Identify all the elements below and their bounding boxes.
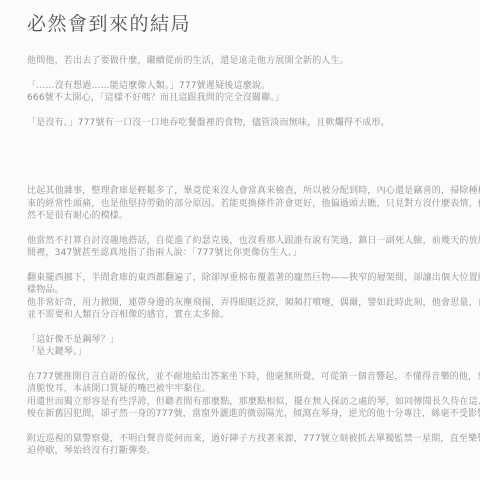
paragraph: 「是沒有。」777號有一口沒一口地吞吃餐盤裡的食物，儘管淡而無味，且軟爛得不成形… bbox=[27, 117, 480, 130]
paragraph-line: 他問他，若出去了要做什麼，繼續從前的生活，還是遠走他方展開全新的人生。 bbox=[27, 56, 349, 66]
paragraph-line: 他非常好奇，用力掀開，連帶身邊的灰塵飛揚，弄得眼眶泛淚，頻頻打噴嚏，偶爾，譬如此… bbox=[27, 298, 480, 321]
paragraph-line: 附近巡視的獄警察覺，不明白聲音從何而來，過好陣子方找著來源，777號立刻被抓去單… bbox=[27, 434, 480, 457]
paragraph-line: 比起其他雜事，整理倉庫是輕鬆多了，畢竟從來沒人會當真來檢查，所以被分配到時，內心… bbox=[27, 186, 480, 221]
paragraph-line: 「是大鍵琴。」 bbox=[27, 347, 87, 357]
paragraph-line: 666號不太開心，「這樣不好嗎？而且這跟我問的完全沒關聯。」 bbox=[27, 93, 284, 103]
paragraph: 比起其他雜事，整理倉庫是輕鬆多了，畢竟從來沒人會當真來檢查，所以被分配到時，內心… bbox=[27, 185, 480, 223]
paragraph: 「這好像不是鋼琴？」「是大鍵琴。」 bbox=[27, 334, 480, 359]
document-page: 必然會到來的結局 他問他，若出去了要做什麼，繼續從前的生活，還是遠走他方展開全新… bbox=[0, 0, 480, 458]
paragraph-line: 用遺世而獨立形容是有些浮誇，但聽者間有那麼點，那麼點相似，擺在無人探訪之處的琴，… bbox=[27, 397, 480, 420]
paragraph-line: 「這好像不是鋼琴？」 bbox=[27, 335, 119, 345]
page-title: 必然會到來的結局 bbox=[27, 13, 480, 35]
paragraph-line: 「是沒有。」777號有一口沒一口地吞吃餐盤裡的食物，儘管淡而無味，且軟爛得不成形… bbox=[27, 118, 390, 128]
paragraph: 附近巡視的獄警察覺，不明白聲音從何而來，過好陣子方找著來源，777號立刻被抓去單… bbox=[27, 433, 480, 458]
paragraph-line: 在777號推開自言自語的傢伙，並不耐地給出答案坐下時，他毫無所覺，可從第一個音響… bbox=[27, 372, 480, 395]
paragraph: 在777號推開自言自語的傢伙，並不耐地給出答案坐下時，他毫無所覺，可從第一個音響… bbox=[27, 371, 480, 421]
paragraph: 翻東擺西挪下，半間倉庫的東西都翻遍了，除卻厚重棉布覆蓋著的龐然巨物——狹窄的層架… bbox=[27, 272, 480, 322]
paragraph-line: 「……沒有想過……能這麼像人類。」777號遲疑後這麼說。 bbox=[27, 81, 270, 91]
body-text: 他問他，若出去了要做什麼，繼續從前的生活，還是遠走他方展開全新的人生。「……沒有… bbox=[27, 55, 480, 458]
paragraph: 「……沒有想過……能這麼像人類。」777號遲疑後這麼說。666號不太開心，「這樣… bbox=[27, 80, 480, 105]
paragraph-line: 他當然不打算自討沒趣地搭話，自從進了約瑟克後，也沒看那人跟誰有說有笑過，鎮日一副… bbox=[27, 236, 480, 259]
paragraph: 他問他，若出去了要做什麼，繼續從前的生活，還是遠走他方展開全新的人生。 bbox=[27, 55, 480, 68]
paragraph: 他當然不打算自討沒趣地搭話，自從進了約瑟克後，也沒看那人跟誰有說有笑過，鎮日一副… bbox=[27, 235, 480, 260]
paragraph-line: 翻東擺西挪下，半間倉庫的東西都翻遍了，除卻厚重棉布覆蓋著的龐然巨物——狹窄的層架… bbox=[27, 273, 480, 296]
